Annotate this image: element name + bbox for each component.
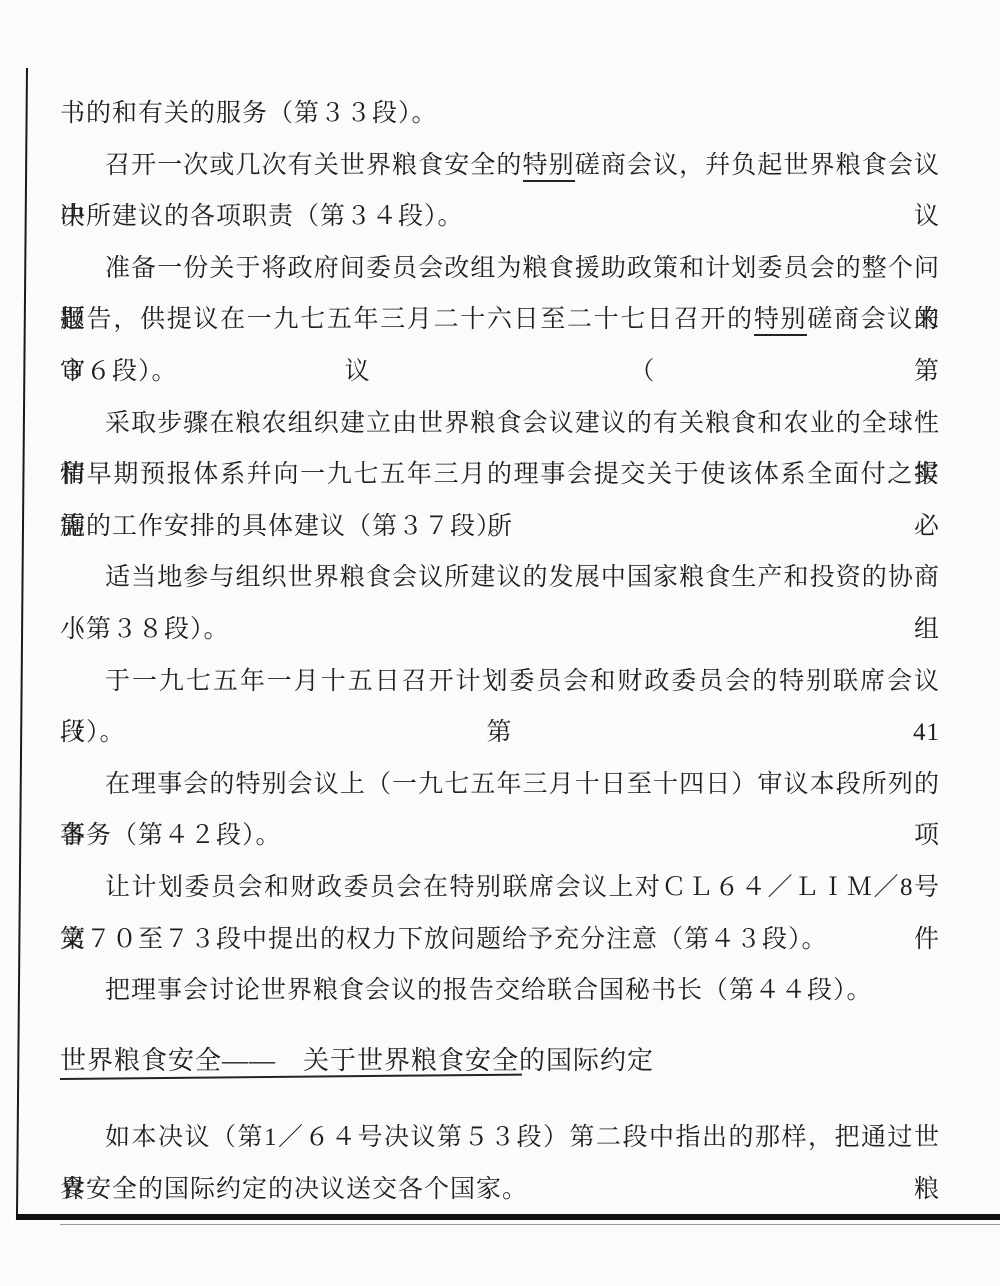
text-run: 中所建议的各项职责（第３４段）。 bbox=[60, 203, 464, 230]
text-run: 需的工作安排的具体建议（第３７段）。 bbox=[60, 513, 516, 540]
text-line: 书的和有关的服务（第３３段）。 bbox=[60, 88, 940, 140]
text-run: 事务（第４２段）。 bbox=[60, 822, 282, 849]
text-run: 段）。 bbox=[60, 719, 126, 746]
text-line: 如本决议（第1／６４号决议第５３段）第二段中指出的那样，把通过世界粮 bbox=[60, 1112, 940, 1164]
text-run: 第７０至７３段中提出的权力下放问题给予充分注意（第４３段）。 bbox=[60, 926, 828, 953]
text-line: 把理事会讨论世界粮食会议的报告交给联合国秘书长（第４４段）。 bbox=[60, 965, 940, 1017]
text-run: 报告，供提议在一九七五年三月二十六日至二十七日召开的 bbox=[60, 306, 754, 333]
text-run: （第３８段）。 bbox=[60, 616, 230, 643]
document-body: 书的和有关的服务（第３３段）。召开一次或几次有关世界粮食安全的特别磋商会议，幷负… bbox=[60, 88, 940, 1215]
text-run: 于一九七五年一月十五日召开计划委员会和财政委员会的特别联席会议（第41 bbox=[60, 668, 940, 747]
page-bottom-shadow bbox=[60, 1224, 1000, 1225]
section-heading: 世界粮食安全—— 关于世界粮食安全的国际约定 bbox=[60, 1046, 654, 1075]
text-line: 让计划委员会和财政委员会在特别联席会议上对ＣＬ６４／ＬＩＭ／8号文件 bbox=[60, 862, 940, 914]
text-line: 第７０至７３段中提出的权力下放问题给予充分注意（第４３段）。 bbox=[60, 914, 940, 966]
underlined-term: 特别 bbox=[754, 306, 807, 336]
text-line: 召开一次或几次有关世界粮食安全的特别磋商会议，幷负起世界粮食会议决议 bbox=[60, 140, 940, 192]
text-run: ３６段）。 bbox=[60, 358, 178, 385]
text-line: 采取步骤在粮农组织建立由世界粮食会议建议的有关粮食和农业的全球性情报 bbox=[60, 398, 940, 450]
page-left-border bbox=[16, 68, 28, 1220]
underlined-term: 特别 bbox=[523, 152, 575, 182]
text-line: 和早期预报体系幷向一九七五年三月的理事会提交关于使该体系全面付之实施所必 bbox=[60, 449, 940, 501]
text-line: 于一九七五年一月十五日召开计划委员会和财政委员会的特别联席会议（第41 bbox=[60, 656, 940, 708]
text-line: 在理事会的特别会议上（一九七五年三月十日至十四日）审议本段所列的各项 bbox=[60, 759, 940, 811]
text-run: 把理事会讨论世界粮食会议的报告交给联合国秘书长（第４４段）。 bbox=[105, 977, 873, 1004]
text-run: 召开一次或几次有关世界粮食安全的 bbox=[105, 152, 523, 179]
text-line: 报告，供提议在一九七五年三月二十六日至二十七日召开的特别磋商会议来审议（第 bbox=[60, 294, 940, 346]
text-run: 食安全的国际约定的决议送交各个国家。 bbox=[60, 1176, 528, 1203]
text-line: 准备一份关于将政府间委员会改组为粮食援助政策和计划委员会的整个问题的 bbox=[60, 243, 940, 295]
section-heading-wrap: 世界粮食安全—— 关于世界粮食安全的国际约定 bbox=[60, 1035, 940, 1087]
text-run: 书的和有关的服务（第３３段）。 bbox=[60, 100, 438, 127]
text-line: 适当地参与组织世界粮食会议所建议的发展中国家粮食生产和投资的协商小组 bbox=[60, 552, 940, 604]
body-lines-top: 书的和有关的服务（第３３段）。召开一次或几次有关世界粮食安全的特别磋商会议，幷负… bbox=[60, 88, 940, 1017]
body-lines-bottom: 如本决议（第1／６４号决议第５３段）第二段中指出的那样，把通过世界粮食安全的国际… bbox=[60, 1112, 940, 1215]
